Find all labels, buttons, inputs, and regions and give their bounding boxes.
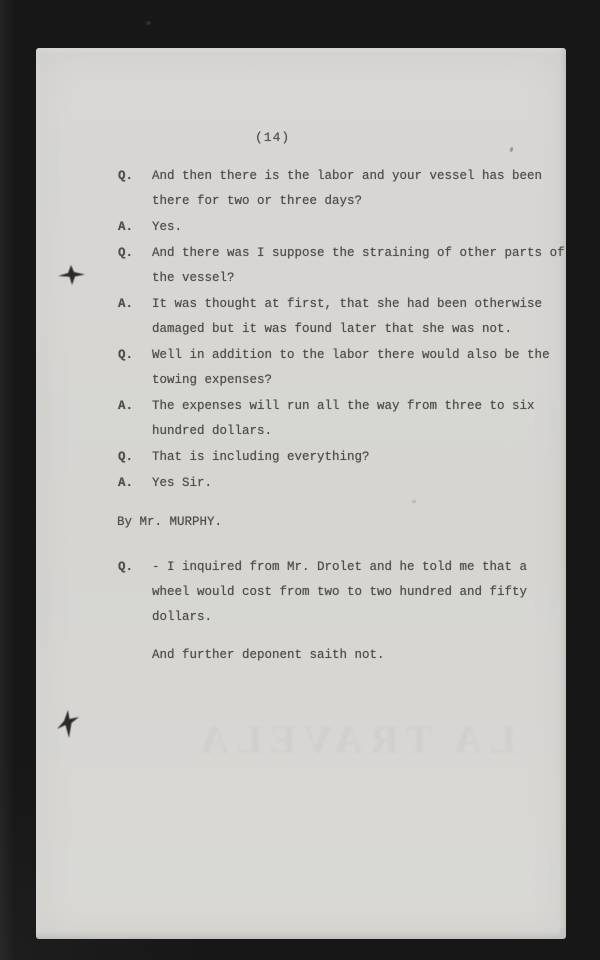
- qa-text-line: Yes Sir.: [152, 471, 566, 496]
- speaker-label: Q.: [118, 241, 152, 291]
- qa-text-line: And there was I suppose the straining of…: [152, 241, 566, 266]
- qa-text: And then there is the labor and your ves…: [152, 164, 566, 214]
- document-page: (14) Q.And then there is the labor and y…: [36, 48, 566, 939]
- qa-text-line: dollars.: [152, 605, 566, 630]
- qa-item: Q.- I inquired from Mr. Drolet and he to…: [36, 555, 566, 630]
- ink-blot-star-lower-icon: [56, 710, 82, 740]
- qa-text: That is including everything?: [152, 445, 566, 470]
- qa-text-line: damaged but it was found later that she …: [152, 317, 566, 342]
- transcript-content: Q.And then there is the labor and your v…: [36, 164, 566, 668]
- qa-text-line: That is including everything?: [152, 445, 566, 470]
- qa-text-line: Yes.: [152, 215, 566, 240]
- speaker-label: A.: [118, 215, 152, 240]
- qa-text-line: hundred dollars.: [152, 419, 566, 444]
- qa-text-line: It was thought at first, that she had be…: [152, 292, 566, 317]
- qa-text-line: - I inquired from Mr. Drolet and he told…: [152, 555, 566, 580]
- qa-item: A.Yes Sir.: [36, 471, 566, 496]
- closing-statement: And further deponent saith not.: [152, 643, 566, 668]
- speaker-label: A.: [118, 394, 152, 444]
- qa-text-line: the vessel?: [152, 266, 566, 291]
- paper-speck: [509, 147, 513, 153]
- qa-text-line: The expenses will run all the way from t…: [152, 394, 566, 419]
- qa-text: And there was I suppose the straining of…: [152, 241, 566, 291]
- qa-text-line: And then there is the labor and your ves…: [152, 164, 566, 189]
- qa-item: Q.And there was I suppose the straining …: [36, 241, 566, 291]
- backdrop-speck: [146, 21, 151, 25]
- speaker-label: Q.: [118, 343, 152, 393]
- backdrop-speck: [96, 906, 99, 909]
- speaker-label: Q.: [118, 555, 152, 630]
- qa-item: Q.Well in addition to the labor there wo…: [36, 343, 566, 393]
- page-number: (14): [255, 130, 290, 145]
- qa-text: - I inquired from Mr. Drolet and he told…: [152, 555, 566, 630]
- qa-text: It was thought at first, that she had be…: [152, 292, 566, 342]
- qa-item: A.The expenses will run all the way from…: [36, 394, 566, 444]
- qa-item: Q.And then there is the labor and your v…: [36, 164, 566, 214]
- speaker-label: Q.: [118, 445, 152, 470]
- qa-text-line: wheel would cost from two to two hundred…: [152, 580, 566, 605]
- qa-text: Yes Sir.: [152, 471, 566, 496]
- qa-item: Q.That is including everything?: [36, 445, 566, 470]
- qa-text-line: towing expenses?: [152, 368, 566, 393]
- qa-text: The expenses will run all the way from t…: [152, 394, 566, 444]
- qa-text-line: Well in addition to the labor there woul…: [152, 343, 566, 368]
- qa-text-line: there for two or three days?: [152, 189, 566, 214]
- backdrop-speck: [560, 928, 563, 934]
- qa-text: Yes.: [152, 215, 566, 240]
- examiner-byline: By Mr. MURPHY.: [117, 510, 566, 535]
- bleed-through-text: LA TRAVELA: [186, 716, 516, 763]
- speaker-label: A.: [118, 292, 152, 342]
- ink-blot-star-upper-icon: [58, 264, 86, 288]
- speaker-label: A.: [118, 471, 152, 496]
- qa-item: A.Yes.: [36, 215, 566, 240]
- qa-list-first: Q.And then there is the labor and your v…: [36, 164, 566, 496]
- qa-item: A.It was thought at first, that she had …: [36, 292, 566, 342]
- paper-speck: [412, 500, 416, 503]
- scanned-page-photo: (14) Q.And then there is the labor and y…: [0, 0, 600, 960]
- qa-list-second: Q.- I inquired from Mr. Drolet and he to…: [36, 555, 566, 630]
- speaker-label: Q.: [118, 164, 152, 214]
- qa-text: Well in addition to the labor there woul…: [152, 343, 566, 393]
